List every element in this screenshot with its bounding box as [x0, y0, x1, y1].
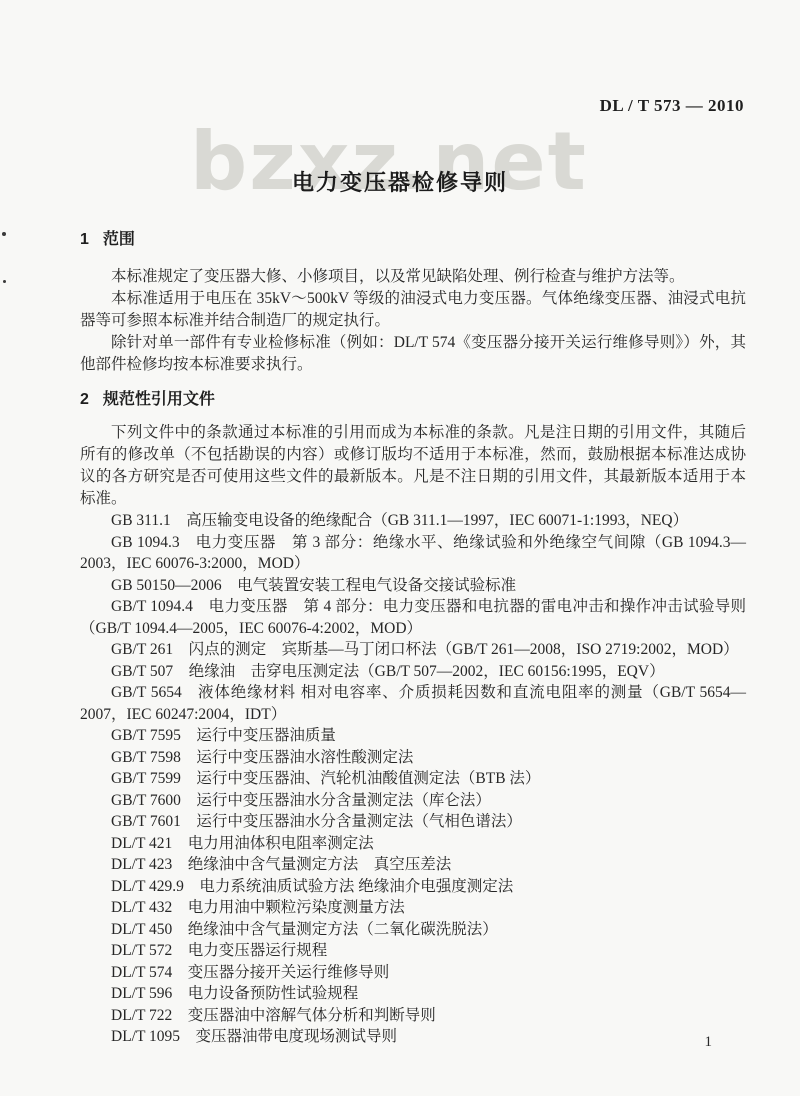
reference-title: 运行中变压器油水溶性酸测定法 [196, 749, 413, 766]
reference-item: GB 1094.3电力变压器 第 3 部分：绝缘水平、绝缘试验和外绝缘空气间隙（… [80, 532, 746, 575]
reference-item: DL/T 1095变压器油带电度现场测试导则 [80, 1026, 746, 1048]
reference-item: DL/T 596电力设备预防性试验规程 [80, 983, 746, 1005]
standard-code: DL / T 573 — 2010 [600, 96, 744, 116]
reference-code: GB/T 7595 [111, 727, 181, 744]
scan-speck [3, 280, 6, 283]
scope-paragraph: 本标准规定了变压器大修、小修项目，以及常见缺陷处理、例行检查与维护方法等。 [80, 266, 746, 288]
section-heading-references: 2规范性引用文件 [80, 390, 746, 410]
reference-code: GB/T 5654 [111, 684, 182, 701]
reference-title: 电力系统油质试验方法 绝缘油介电强度测定法 [199, 878, 513, 895]
reference-item: GB/T 5654液体绝缘材料 相对电容率、介质损耗因数和直流电阻率的测量（GB… [80, 682, 746, 725]
document-title: 电力变压器检修导则 [0, 166, 800, 197]
reference-code: DL/T 429.9 [111, 878, 184, 895]
reference-code: GB/T 507 [111, 663, 173, 680]
reference-code: DL/T 421 [111, 835, 172, 852]
reference-title: 运行中变压器油水分含量测定法（库仑法） [196, 792, 491, 809]
reference-code: GB 311.1 [111, 512, 171, 529]
reference-title: 绝缘油中含气量测定方法（二氧化碳洗脱法） [188, 921, 498, 938]
reference-item: GB 311.1高压输变电设备的绝缘配合（GB 311.1—1997，IEC 6… [80, 510, 746, 532]
section-number: 1 [80, 231, 89, 248]
reference-code: GB/T 7601 [111, 813, 181, 830]
section-title: 规范性引用文件 [103, 391, 215, 408]
reference-code: DL/T 432 [111, 899, 172, 916]
reference-item: GB/T 7598运行中变压器油水溶性酸测定法 [80, 747, 746, 769]
reference-title: 高压输变电设备的绝缘配合（GB 311.1—1997，IEC 60071-1:1… [186, 512, 688, 529]
reference-item: GB/T 7599运行中变压器油、汽轮机油酸值测定法（BTB 法） [80, 768, 746, 790]
references-list: GB 311.1高压输变电设备的绝缘配合（GB 311.1—1997，IEC 6… [80, 510, 746, 1048]
reference-item: DL/T 574变压器分接开关运行维修导则 [80, 962, 746, 984]
reference-title: 绝缘油 击穿电压测定法（GB/T 507—2002，IEC 60156:1995… [189, 663, 665, 680]
reference-item: GB/T 7601运行中变压器油水分含量测定法（气相色谱法） [80, 811, 746, 833]
reference-title: 运行中变压器油质量 [196, 727, 336, 744]
reference-title: 绝缘油中含气量测定方法 真空压差法 [188, 856, 452, 873]
section-heading-scope: 1范围 [80, 230, 746, 250]
reference-code: GB/T 1094.4 [111, 598, 193, 615]
reference-code: DL/T 450 [111, 921, 172, 938]
reference-item: DL/T 432电力用油中颗粒污染度测量方法 [80, 897, 746, 919]
reference-title: 变压器分接开关运行维修导则 [188, 964, 390, 981]
reference-title: 电力用油中颗粒污染度测量方法 [188, 899, 405, 916]
reference-title: 运行中变压器油、汽轮机油酸值测定法（BTB 法） [196, 770, 540, 787]
reference-code: GB/T 7599 [111, 770, 181, 787]
scope-paragraph: 除针对单一部件有专业检修标准（例如：DL/T 574《变压器分接开关运行维修导则… [80, 332, 746, 376]
reference-code: DL/T 574 [111, 964, 172, 981]
reference-item: DL/T 450绝缘油中含气量测定方法（二氧化碳洗脱法） [80, 919, 746, 941]
reference-item: DL/T 429.9电力系统油质试验方法 绝缘油介电强度测定法 [80, 876, 746, 898]
reference-code: DL/T 572 [111, 942, 172, 959]
scope-paragraph: 本标准适用于电压在 35kV～500kV 等级的油浸式电力变压器。气体绝缘变压器… [80, 288, 746, 332]
reference-item: DL/T 423绝缘油中含气量测定方法 真空压差法 [80, 854, 746, 876]
reference-item: GB 50150—2006电气装置安装工程电气设备交接试验标准 [80, 575, 746, 597]
reference-item: GB/T 7595运行中变压器油质量 [80, 725, 746, 747]
reference-code: GB 1094.3 [111, 534, 180, 551]
reference-item: GB/T 261闪点的测定 宾斯基—马丁闭口杯法（GB/T 261—2008，I… [80, 639, 746, 661]
reference-code: GB/T 7600 [111, 792, 181, 809]
reference-code: GB 50150—2006 [111, 577, 222, 594]
reference-title: 电力变压器运行规程 [188, 942, 328, 959]
reference-code: DL/T 423 [111, 856, 172, 873]
reference-title: 变压器油中溶解气体分析和判断导则 [188, 1007, 436, 1024]
references-intro: 下列文件中的条款通过本标准的引用而成为本标准的条款。凡是注日期的引用文件，其随后… [80, 422, 746, 510]
reference-title: 运行中变压器油水分含量测定法（气相色谱法） [196, 813, 522, 830]
section-number: 2 [80, 391, 89, 408]
reference-code: DL/T 722 [111, 1007, 172, 1024]
reference-item: GB/T 7600运行中变压器油水分含量测定法（库仑法） [80, 790, 746, 812]
reference-title: 电力设备预防性试验规程 [188, 985, 359, 1002]
scan-speck [2, 232, 6, 236]
reference-title: 闪点的测定 宾斯基—马丁闭口杯法（GB/T 261—2008，ISO 2719:… [189, 641, 739, 658]
reference-item: DL/T 722变压器油中溶解气体分析和判断导则 [80, 1005, 746, 1027]
reference-item: DL/T 572电力变压器运行规程 [80, 940, 746, 962]
reference-item: GB/T 1094.4电力变压器 第 4 部分：电力变压器和电抗器的雷电冲击和操… [80, 596, 746, 639]
reference-item: GB/T 507绝缘油 击穿电压测定法（GB/T 507—2002，IEC 60… [80, 661, 746, 683]
section-title: 范围 [103, 231, 135, 248]
reference-code: GB/T 261 [111, 641, 173, 658]
reference-item: DL/T 421电力用油体积电阻率测定法 [80, 833, 746, 855]
reference-code: GB/T 7598 [111, 749, 181, 766]
document-body: 1范围 本标准规定了变压器大修、小修项目，以及常见缺陷处理、例行检查与维护方法等… [80, 230, 746, 1048]
reference-code: DL/T 596 [111, 985, 172, 1002]
reference-title: 变压器油带电度现场测试导则 [196, 1028, 398, 1045]
reference-code: DL/T 1095 [111, 1028, 180, 1045]
reference-title: 电力用油体积电阻率测定法 [188, 835, 374, 852]
reference-title: 电气装置安装工程电气设备交接试验标准 [237, 577, 516, 594]
